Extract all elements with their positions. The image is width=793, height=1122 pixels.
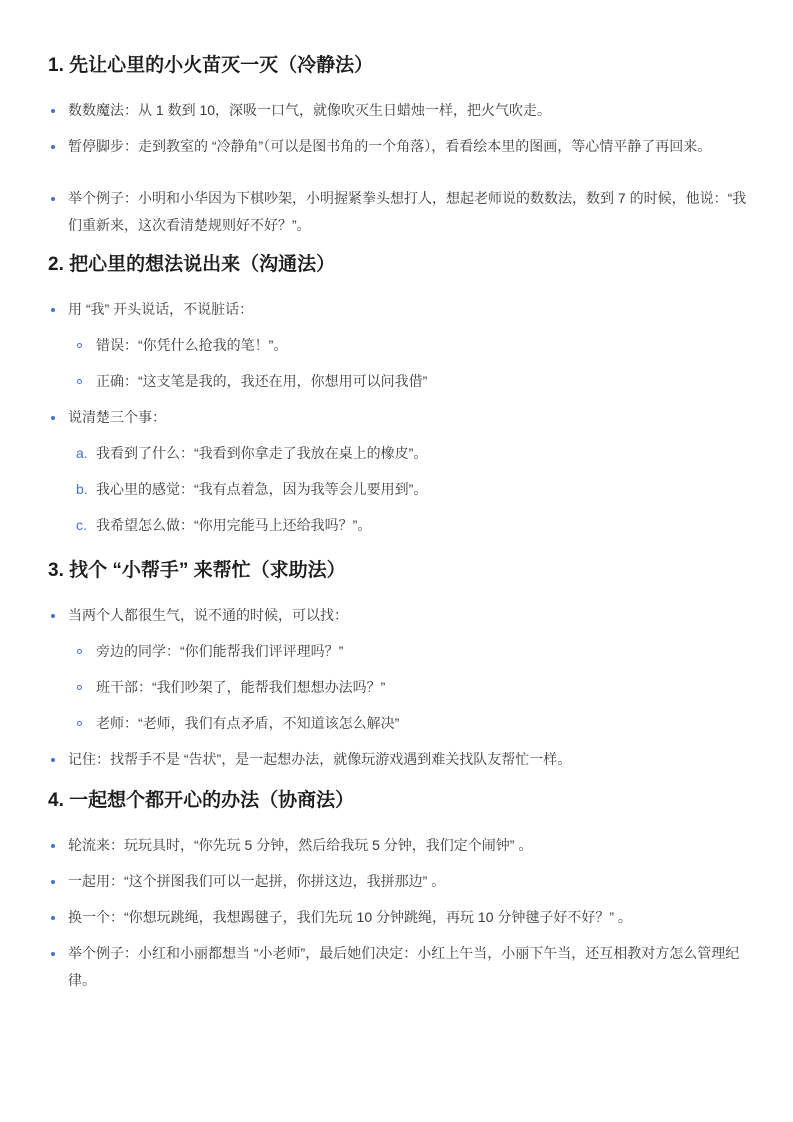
bullet-icon <box>51 916 55 920</box>
hollow-bullet-icon <box>77 685 82 690</box>
list-item-text: 举个例子：小红和小丽都想当 “小老师”，最后她们决定：小红上午当，小丽下午当，还… <box>68 945 739 988</box>
section-title: 2. 把心里的想法说出来（沟通法） <box>48 252 755 278</box>
list-item: 举个例子：小红和小丽都想当 “小老师”，最后她们决定：小红上午当，小丽下午当，还… <box>48 940 755 994</box>
list-item: 暂停脚步：走到教室的 “冷静角”（可以是图书角的一个角落），看看绘本里的图画，等… <box>48 133 755 160</box>
sub-list-item-text: 正确：“这支笔是我的，我还在用，你想用可以问我借” <box>96 373 427 389</box>
section-title: 4. 一起想个都开心的办法（协商法） <box>48 788 755 814</box>
section-title: 3. 找个 “小帮手” 来帮忙（求助法） <box>48 558 755 584</box>
sub-list-item: 老师：“老师，我们有点矛盾，不知道该怎么解决” <box>68 710 755 737</box>
lettered-list-item-text: 我希望怎么做：“你用完能马上还给我吗？”。 <box>96 517 371 533</box>
bullet-icon <box>51 308 55 312</box>
hollow-bullet-icon <box>77 721 82 726</box>
list-item-text: 用 “我” 开头说话，不说脏话： <box>68 301 253 317</box>
bullet-icon <box>51 880 55 884</box>
document: 1. 先让心里的小火苗灭一灭（冷静法） 数数魔法：从 1 数到 10，深吸一口气… <box>0 0 793 1033</box>
list-item: 用 “我” 开头说话，不说脏话： 错误：“你凭什么抢我的笔！”。 正确：“这支笔… <box>48 296 755 395</box>
bullet-list: 数数魔法：从 1 数到 10，深吸一口气，就像吹灭生日蜡烛一样，把火气吹走。 暂… <box>48 97 755 239</box>
list-item-text: 换一个：“你想玩跳绳，我想踢毽子，我们先玩 10 分钟跳绳，再玩 10 分钟毽子… <box>68 909 632 925</box>
sub-list-item-text: 旁边的同学：“你们能帮我们评评理吗？” <box>96 643 343 659</box>
list-item-text: 说清楚三个事： <box>68 409 166 425</box>
sub-bullet-list: 旁边的同学：“你们能帮我们评评理吗？” 班干部：“我们吵架了，能帮我们想想办法吗… <box>68 638 755 737</box>
sub-list-item-text: 班干部：“我们吵架了，能帮我们想想办法吗？” <box>96 679 385 695</box>
hollow-bullet-icon <box>77 379 82 384</box>
sub-list-item-text: 错误：“你凭什么抢我的笔！”。 <box>96 337 287 353</box>
lettered-list-item-text: 我心里的感觉：“我有点着急，因为我等会儿要用到”。 <box>96 481 427 497</box>
lettered-list: a. 我看到了什么：“我看到你拿走了我放在桌上的橡皮”。 b. 我心里的感觉：“… <box>68 440 755 539</box>
list-item-text: 当两个人都很生气，说不通的时候，可以找： <box>68 607 348 623</box>
bullet-icon <box>51 758 55 762</box>
list-item: 换一个：“你想玩跳绳，我想踢毽子，我们先玩 10 分钟跳绳，再玩 10 分钟毽子… <box>48 904 755 931</box>
list-letter: a. <box>76 440 88 467</box>
list-item: 一起用：“这个拼图我们可以一起拼，你拼这边，我拼那边” 。 <box>48 868 755 895</box>
lettered-list-item: a. 我看到了什么：“我看到你拿走了我放在桌上的橡皮”。 <box>68 440 755 467</box>
bullet-icon <box>51 614 55 618</box>
lettered-list-item-text: 我看到了什么：“我看到你拿走了我放在桌上的橡皮”。 <box>96 445 427 461</box>
list-item-text: 举个例子：小明和小华因为下棋吵架，小明握紧拳头想打人，想起老师说的数数法，数到 … <box>68 190 746 233</box>
bullet-list: 当两个人都很生气，说不通的时候，可以找： 旁边的同学：“你们能帮我们评评理吗？”… <box>48 602 755 773</box>
bullet-list: 用 “我” 开头说话，不说脏话： 错误：“你凭什么抢我的笔！”。 正确：“这支笔… <box>48 296 755 539</box>
list-item: 记住：找帮手不是 “告状”，是一起想办法，就像玩游戏遇到难关找队友帮忙一样。 <box>48 746 755 773</box>
bullet-icon <box>51 416 55 420</box>
hollow-bullet-icon <box>77 649 82 654</box>
section-negotiation-method: 4. 一起想个都开心的办法（协商法） 轮流来：玩玩具时，“你先玩 5 分钟，然后… <box>48 788 755 994</box>
list-item-text: 数数魔法：从 1 数到 10，深吸一口气，就像吹灭生日蜡烛一样，把火气吹走。 <box>68 102 551 118</box>
list-item-text: 轮流来：玩玩具时，“你先玩 5 分钟，然后给我玩 5 分钟，我们定个闹钟” 。 <box>68 837 532 853</box>
list-item: 举个例子：小明和小华因为下棋吵架，小明握紧拳头想打人，想起老师说的数数法，数到 … <box>48 185 755 239</box>
lettered-list-item: c. 我希望怎么做：“你用完能马上还给我吗？”。 <box>68 512 755 539</box>
section-help-method: 3. 找个 “小帮手” 来帮忙（求助法） 当两个人都很生气，说不通的时候，可以找… <box>48 558 755 773</box>
sub-list-item: 旁边的同学：“你们能帮我们评评理吗？” <box>68 638 755 665</box>
list-item-text: 记住：找帮手不是 “告状”，是一起想办法，就像玩游戏遇到难关找队友帮忙一样。 <box>68 751 571 767</box>
bullet-icon <box>51 952 55 956</box>
bullet-icon <box>51 109 55 113</box>
bullet-icon <box>51 844 55 848</box>
sub-list-item-text: 老师：“老师，我们有点矛盾，不知道该怎么解决” <box>96 715 399 731</box>
sub-list-item: 正确：“这支笔是我的，我还在用，你想用可以问我借” <box>68 368 755 395</box>
hollow-bullet-icon <box>77 343 82 348</box>
sub-list-item: 错误：“你凭什么抢我的笔！”。 <box>68 332 755 359</box>
list-item: 轮流来：玩玩具时，“你先玩 5 分钟，然后给我玩 5 分钟，我们定个闹钟” 。 <box>48 832 755 859</box>
list-letter: b. <box>76 476 88 503</box>
section-cooling-method: 1. 先让心里的小火苗灭一灭（冷静法） 数数魔法：从 1 数到 10，深吸一口气… <box>48 53 755 239</box>
sub-list-item: 班干部：“我们吵架了，能帮我们想想办法吗？” <box>68 674 755 701</box>
list-item-text: 一起用：“这个拼图我们可以一起拼，你拼这边，我拼那边” 。 <box>68 873 445 889</box>
list-item: 数数魔法：从 1 数到 10，深吸一口气，就像吹灭生日蜡烛一样，把火气吹走。 <box>48 97 755 124</box>
list-letter: c. <box>76 512 87 539</box>
bullet-icon <box>51 197 55 201</box>
bullet-icon <box>51 145 55 149</box>
bullet-list: 轮流来：玩玩具时，“你先玩 5 分钟，然后给我玩 5 分钟，我们定个闹钟” 。 … <box>48 832 755 994</box>
section-title: 1. 先让心里的小火苗灭一灭（冷静法） <box>48 53 755 79</box>
lettered-list-item: b. 我心里的感觉：“我有点着急，因为我等会儿要用到”。 <box>68 476 755 503</box>
list-item: 说清楚三个事： a. 我看到了什么：“我看到你拿走了我放在桌上的橡皮”。 b. … <box>48 404 755 539</box>
list-item-text: 暂停脚步：走到教室的 “冷静角”（可以是图书角的一个角落），看看绘本里的图画，等… <box>68 138 711 154</box>
list-item: 当两个人都很生气，说不通的时候，可以找： 旁边的同学：“你们能帮我们评评理吗？”… <box>48 602 755 737</box>
sub-bullet-list: 错误：“你凭什么抢我的笔！”。 正确：“这支笔是我的，我还在用，你想用可以问我借… <box>68 332 755 395</box>
section-communication-method: 2. 把心里的想法说出来（沟通法） 用 “我” 开头说话，不说脏话： 错误：“你… <box>48 252 755 539</box>
